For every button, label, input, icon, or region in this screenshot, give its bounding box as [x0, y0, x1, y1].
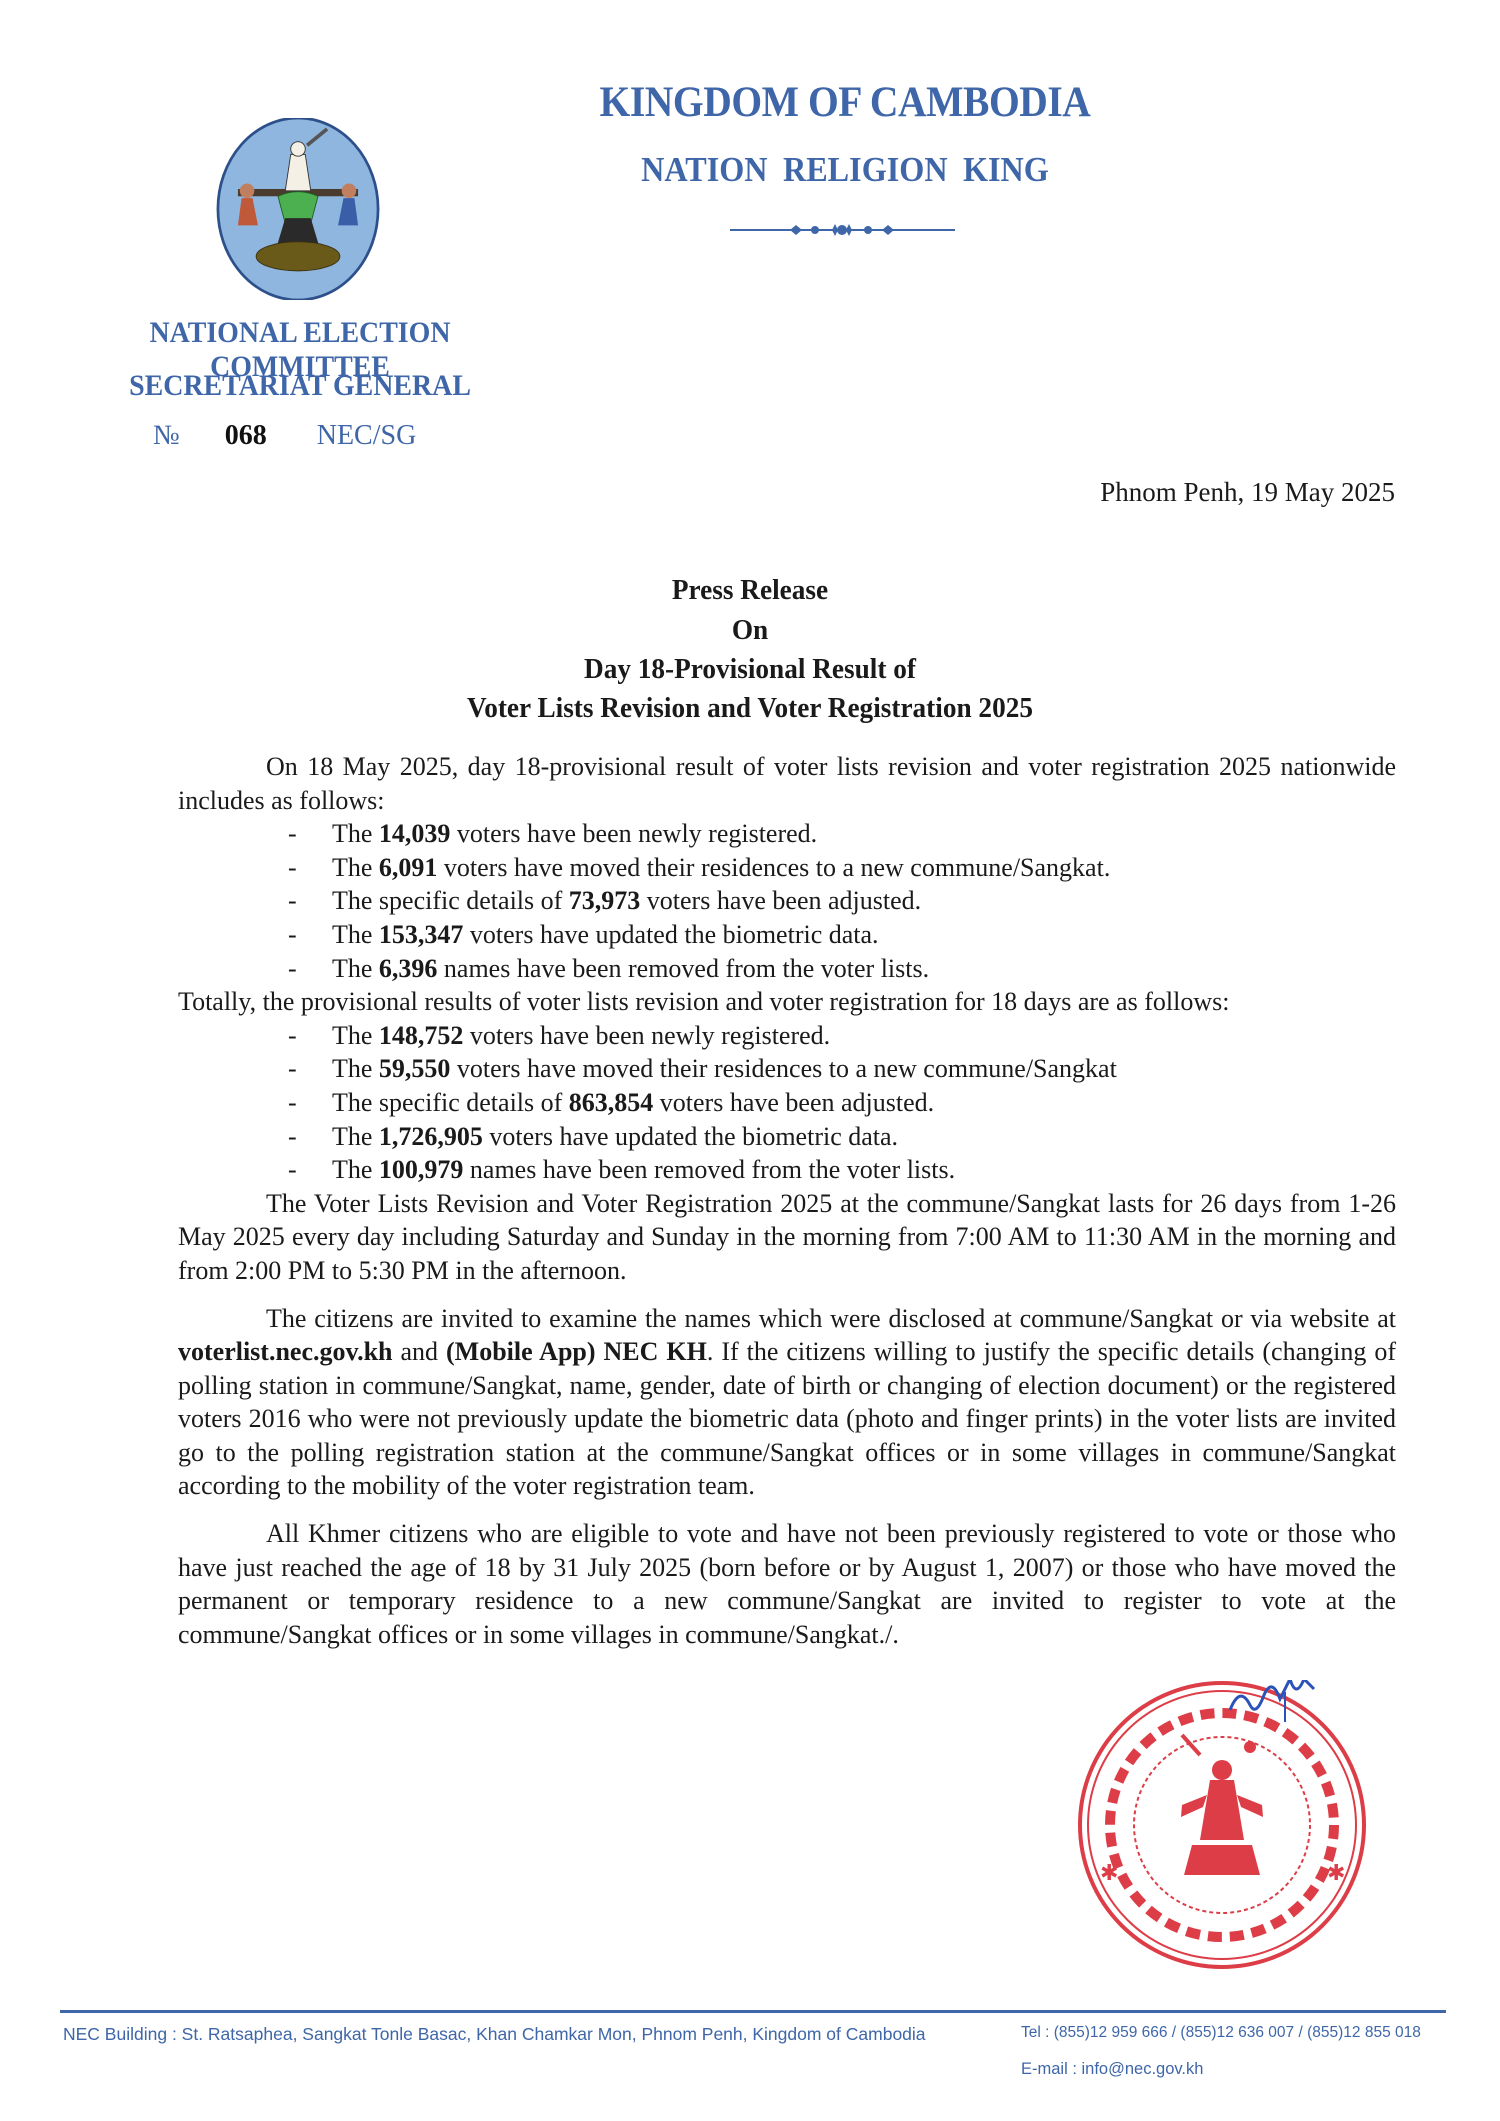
department-name: SECRETARIAT GENERAL [58, 369, 542, 403]
title-line-1: Press Release [45, 574, 1455, 607]
title-line-2: On [45, 614, 1455, 647]
decorative-divider-icon [730, 220, 955, 240]
official-seal-icon: ✱ ✱ [1072, 1675, 1372, 1975]
total-results-list: The 148,752 voters have been newly regis… [178, 1019, 1396, 1187]
nec-emblem-icon [207, 118, 389, 300]
totals-intro: Totally, the provisional results of vote… [178, 985, 1396, 1019]
ref-suffix: NEC/SG [317, 420, 417, 451]
motto-heading: NATION RELIGION KING [583, 150, 1107, 190]
examine-paragraph: The citizens are invited to examine the … [178, 1302, 1396, 1504]
footer-divider [60, 2010, 1446, 2013]
eligibility-paragraph: All Khmer citizens who are eligible to v… [178, 1517, 1396, 1651]
list-item: The 59,550 voters have moved their resid… [288, 1052, 1396, 1086]
footer-address: NEC Building : St. Ratsaphea, Sangkat To… [63, 2024, 926, 2045]
list-item: The 1,726,905 voters have updated the bi… [288, 1120, 1396, 1154]
reference-number: №068NEC/SG [153, 420, 416, 452]
footer-email[interactable]: E-mail : info@nec.gov.kh [1021, 2060, 1203, 2079]
mobile-app-name: (Mobile App) NEC KH [446, 1337, 707, 1366]
list-item: The 153,347 voters have updated the biom… [288, 918, 1396, 952]
title-line-4: Voter Lists Revision and Voter Registrat… [45, 692, 1455, 725]
signature-icon [1225, 1680, 1325, 1725]
list-item: The specific details of 73,973 voters ha… [288, 884, 1396, 918]
title-line-3: Day 18-Provisional Result of [45, 653, 1455, 686]
footer-telephone: Tel : (855)12 959 666 / (855)12 636 007 … [1021, 2024, 1421, 2042]
list-item: The 6,396 names have been removed from t… [288, 952, 1396, 986]
list-item: The 14,039 voters have been newly regist… [288, 817, 1396, 851]
press-release-body: On 18 May 2025, day 18-provisional resul… [178, 750, 1396, 1651]
list-item: The specific details of 863,854 voters h… [288, 1086, 1396, 1120]
schedule-paragraph: The Voter Lists Revision and Voter Regis… [178, 1187, 1396, 1288]
kingdom-heading: KINGDOM OF CAMBODIA [583, 78, 1107, 127]
ref-prefix: № [153, 420, 180, 451]
svg-text:✱: ✱ [1327, 1861, 1345, 1886]
list-item: The 100,979 names have been removed from… [288, 1153, 1396, 1187]
place-date: Phnom Penh, 19 May 2025 [1100, 477, 1395, 508]
intro-paragraph: On 18 May 2025, day 18-provisional resul… [178, 750, 1396, 817]
daily-results-list: The 14,039 voters have been newly regist… [178, 817, 1396, 985]
list-item: The 148,752 voters have been newly regis… [288, 1019, 1396, 1053]
list-item: The 6,091 voters have moved their reside… [288, 851, 1396, 885]
ref-number: 068 [225, 420, 267, 451]
website-link[interactable]: voterlist.nec.gov.kh [178, 1337, 393, 1366]
